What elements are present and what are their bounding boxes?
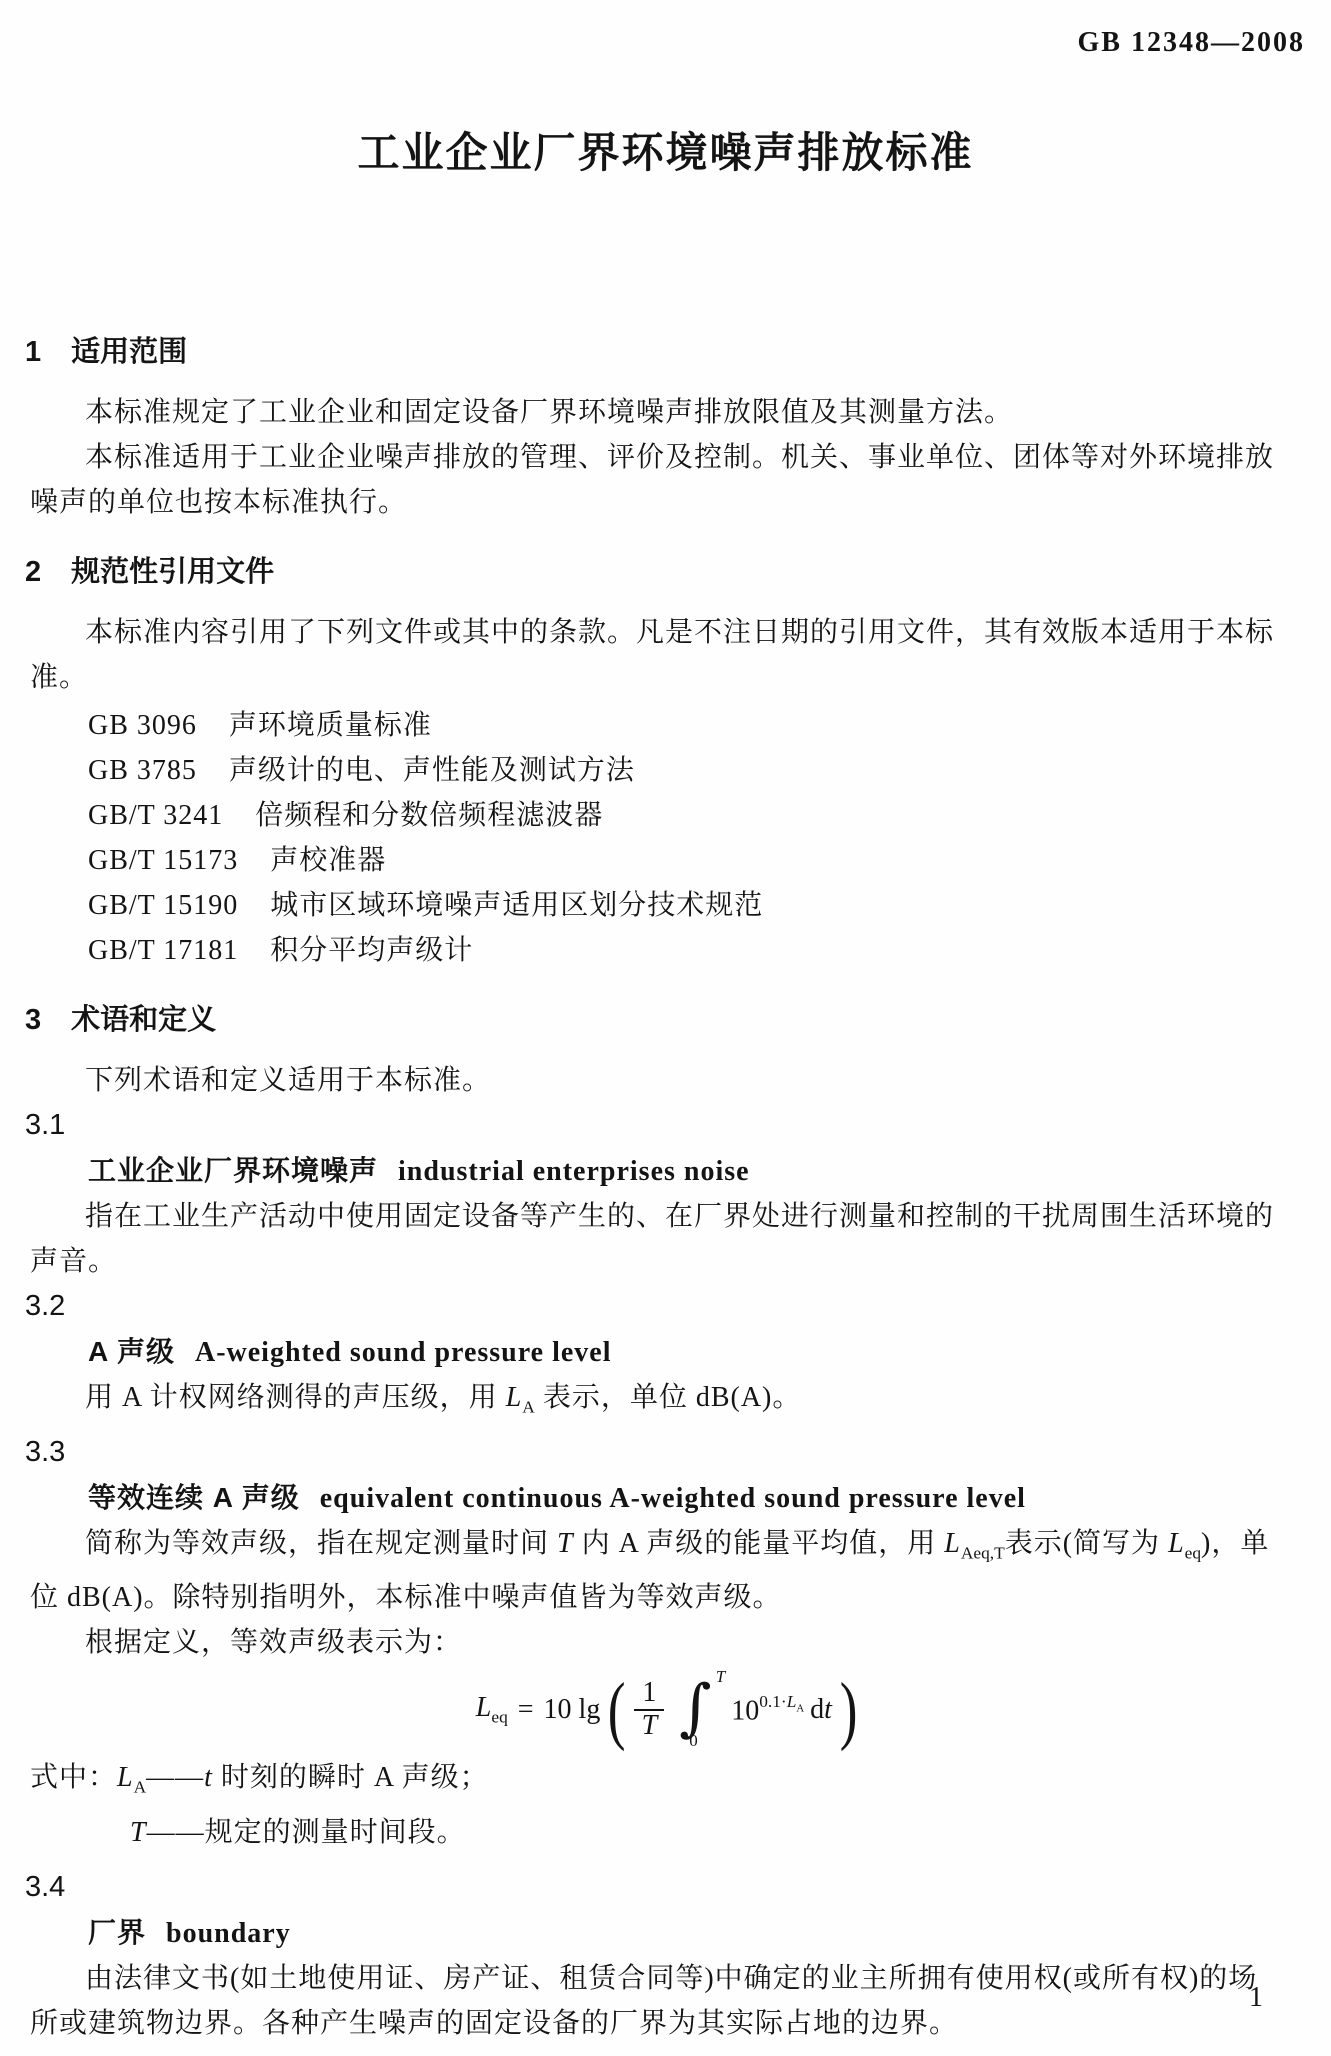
definition-text: 用 A 计权网络测得的声压级，用 [85, 1382, 506, 1413]
clause-3-3-number: 3.3 [25, 1430, 1331, 1475]
section-1-title: 适用范围 [71, 330, 187, 375]
standard-code: GB 12348—2008 [0, 0, 1331, 65]
symbol-L-subscript: eq [491, 1708, 507, 1727]
term-3-2-en: A-weighted sound pressure level [195, 1337, 612, 1368]
definition-text: 简称为等效声级，指在规定测量时间 [85, 1528, 557, 1559]
page-number: 1 [1249, 1982, 1263, 2014]
reference-item: GB/T 17181积分平均声级计 [88, 928, 1331, 973]
reference-item: GB 3785声级计的电、声性能及测试方法 [88, 748, 1331, 793]
term-3-1: 工业企业厂界环境噪声 industrial enterprises noise [88, 1148, 1331, 1194]
symbol-LA: L [506, 1382, 523, 1413]
term-3-3-en: equivalent continuous A-weighted sound p… [320, 1483, 1026, 1514]
term-3-4-definition-line-1: 由法律文书(如土地使用证、房产证、租赁合同等)中确定的业主所拥有使用权(或所有权… [85, 1956, 1331, 2001]
reference-code: GB/T 17181 [88, 935, 238, 966]
definition-text: 表示(简写为 [1005, 1528, 1168, 1559]
symbol-Leq: L [1168, 1528, 1185, 1559]
term-3-4-zh: 厂界 [88, 1917, 146, 1948]
document-page: GB 12348—2008 工业企业厂界环境噪声排放标准 1 适用范围 本标准规… [0, 0, 1331, 2056]
exponent-symbol-subscript: A [796, 1702, 804, 1714]
term-3-3: 等效连续 A 声级 equivalent continuous A-weight… [88, 1475, 1331, 1521]
term-3-3-definition-line-2: 位 dB(A)。除特别指明外，本标准中噪声值皆为等效声级。 [30, 1575, 1331, 1620]
differential-variable: t [824, 1694, 832, 1725]
exponent-coefficient: 0.1· [759, 1692, 786, 1711]
coefficient: 10 lg [544, 1694, 601, 1726]
term-3-2-definition: 用 A 计权网络测得的声压级，用 LA 表示，单位 dB(A)。 [85, 1375, 1331, 1430]
term-3-2: A 声级 A-weighted sound pressure level [88, 1329, 1331, 1375]
clause-3-1-number: 3.1 [25, 1103, 1331, 1148]
symbol-LA-subscript: A [522, 1398, 535, 1417]
term-3-1-definition-line-1: 指在工业生产活动中使用固定设备等产生的、在厂界处进行测量和控制的干扰周围生活环境… [85, 1194, 1331, 1239]
term-3-4: 厂界 boundary [88, 1910, 1331, 1956]
reference-item: GB/T 15190城市区域环境噪声适用区划分技术规范 [88, 883, 1331, 928]
section-1-paragraph-2-line-1: 本标准适用于工业企业噪声排放的管理、评价及控制。机关、事业单位、团体等对外环境排… [85, 435, 1331, 480]
term-3-4-en: boundary [166, 1918, 291, 1949]
clause-3-4-number: 3.4 [25, 1865, 1331, 1910]
power-exponent: 0.1·LA [759, 1692, 804, 1711]
power-term: 100.1·LA [731, 1694, 804, 1727]
equation-where-line-2: T——规定的测量时间段。 [130, 1810, 1331, 1855]
section-1-paragraph-1: 本标准规定了工业企业和固定设备厂界环境噪声排放限值及其测量方法。 [85, 390, 1331, 435]
integral-upper-limit: T [716, 1667, 725, 1687]
term-3-4-definition-line-2: 所或建筑物边界。各种产生噪声的固定设备的厂界为其实际占地的边界。 [30, 2001, 1331, 2046]
differential-term: dt [810, 1694, 832, 1726]
reference-code: GB/T 15190 [88, 890, 238, 921]
symbol-LA-subscript: A [134, 1778, 147, 1797]
reference-name: 城市区域环境噪声适用区划分技术规范 [270, 890, 763, 921]
section-3-title: 术语和定义 [71, 998, 216, 1043]
fraction-denominator: T [634, 1711, 666, 1742]
integral-lower-limit: 0 [689, 1731, 698, 1751]
dash: —— [147, 1817, 205, 1848]
section-1-heading: 1 适用范围 [25, 330, 1331, 375]
symbol-t: t [204, 1762, 213, 1793]
term-3-3-definition-line-3: 根据定义，等效声级表示为： [85, 1620, 1331, 1665]
section-3-number: 3 [25, 998, 41, 1043]
section-2-number: 2 [25, 550, 41, 595]
where-prefix: 式中： [30, 1762, 117, 1793]
exponent-symbol: L [787, 1692, 797, 1711]
symbol-T: T [130, 1817, 147, 1848]
definition-text: 表示，单位 dB(A)。 [535, 1382, 802, 1413]
term-3-1-definition-line-2: 声音。 [30, 1239, 1331, 1284]
dash: —— [146, 1762, 204, 1793]
section-2-paragraph-line-1: 本标准内容引用了下列文件或其中的条款。凡是不注日期的引用文件，其有效版本适用于本… [85, 610, 1331, 655]
definition-text: 内 A 声级的能量平均值，用 [574, 1528, 945, 1559]
section-3-heading: 3 术语和定义 [25, 998, 1331, 1043]
where-text: 时刻的瞬时 A 声级； [213, 1762, 489, 1793]
reference-code: GB 3785 [88, 755, 197, 786]
section-1-number: 1 [25, 330, 41, 375]
reference-name: 声校准器 [270, 845, 386, 876]
symbol-Leq-subscript: eq [1185, 1543, 1201, 1562]
section-1-paragraph-2-line-2: 噪声的单位也按本标准执行。 [30, 480, 1331, 525]
section-3-intro: 下列术语和定义适用于本标准。 [85, 1058, 1331, 1103]
reference-name: 积分平均声级计 [270, 935, 473, 966]
term-3-1-zh: 工业企业厂界环境噪声 [88, 1155, 378, 1186]
symbol-LA: L [117, 1762, 134, 1793]
equation-container: Leq = 10 lg ( 1T ∫T0 100.1·LA dt ) [0, 1665, 1331, 1755]
section-2-paragraph-line-2: 准。 [30, 655, 1331, 700]
open-paren: ( [608, 1678, 626, 1743]
section-2-title: 规范性引用文件 [71, 550, 274, 595]
term-3-1-en: industrial enterprises noise [398, 1156, 750, 1187]
section-2-heading: 2 规范性引用文件 [25, 550, 1331, 595]
reference-item: GB/T 15173声校准器 [88, 838, 1331, 883]
fraction-1-over-T: 1T [634, 1678, 666, 1742]
reference-code: GB/T 15173 [88, 845, 238, 876]
reference-item: GB/T 3241倍频程和分数倍频程滤波器 [88, 793, 1331, 838]
where-text: 规定的测量时间段。 [205, 1817, 466, 1848]
equation-where-line-1: 式中：LA——t 时刻的瞬时 A 声级； [30, 1755, 1331, 1810]
close-paren: ) [840, 1678, 858, 1743]
reference-name: 声环境质量标准 [229, 710, 432, 741]
clause-3-2-number: 3.2 [25, 1284, 1331, 1329]
symbol-LAeqT-subscript: Aeq,T [961, 1543, 1005, 1562]
symbol-L: L [476, 1692, 492, 1723]
symbol-T: T [557, 1528, 574, 1559]
reference-item: GB 3096声环境质量标准 [88, 703, 1331, 748]
differential-d: d [810, 1694, 824, 1725]
reference-code: GB 3096 [88, 710, 197, 741]
term-3-3-definition-line-1: 简称为等效声级，指在规定测量时间 T 内 A 声级的能量平均值，用 LAeq,T… [85, 1521, 1331, 1576]
term-3-2-zh: A 声级 [88, 1336, 175, 1367]
power-base: 10 [731, 1695, 759, 1726]
page-title: 工业企业厂界环境噪声排放标准 [0, 128, 1331, 178]
equals-sign: = [518, 1694, 534, 1726]
definition-text: )，单 [1201, 1528, 1269, 1559]
equation-leq: Leq = 10 lg ( 1T ∫T0 100.1·LA dt ) [476, 1671, 855, 1749]
term-3-3-zh: 等效连续 A 声级 [88, 1482, 300, 1513]
reference-name: 声级计的电、声性能及测试方法 [229, 755, 635, 786]
integral: ∫T0 [675, 1671, 721, 1749]
reference-name: 倍频程和分数倍频程滤波器 [255, 800, 603, 831]
fraction-numerator: 1 [634, 1678, 664, 1711]
reference-code: GB/T 3241 [88, 800, 223, 831]
symbol-LAeqT: L [944, 1528, 961, 1559]
equation-lhs: Leq [476, 1692, 508, 1728]
